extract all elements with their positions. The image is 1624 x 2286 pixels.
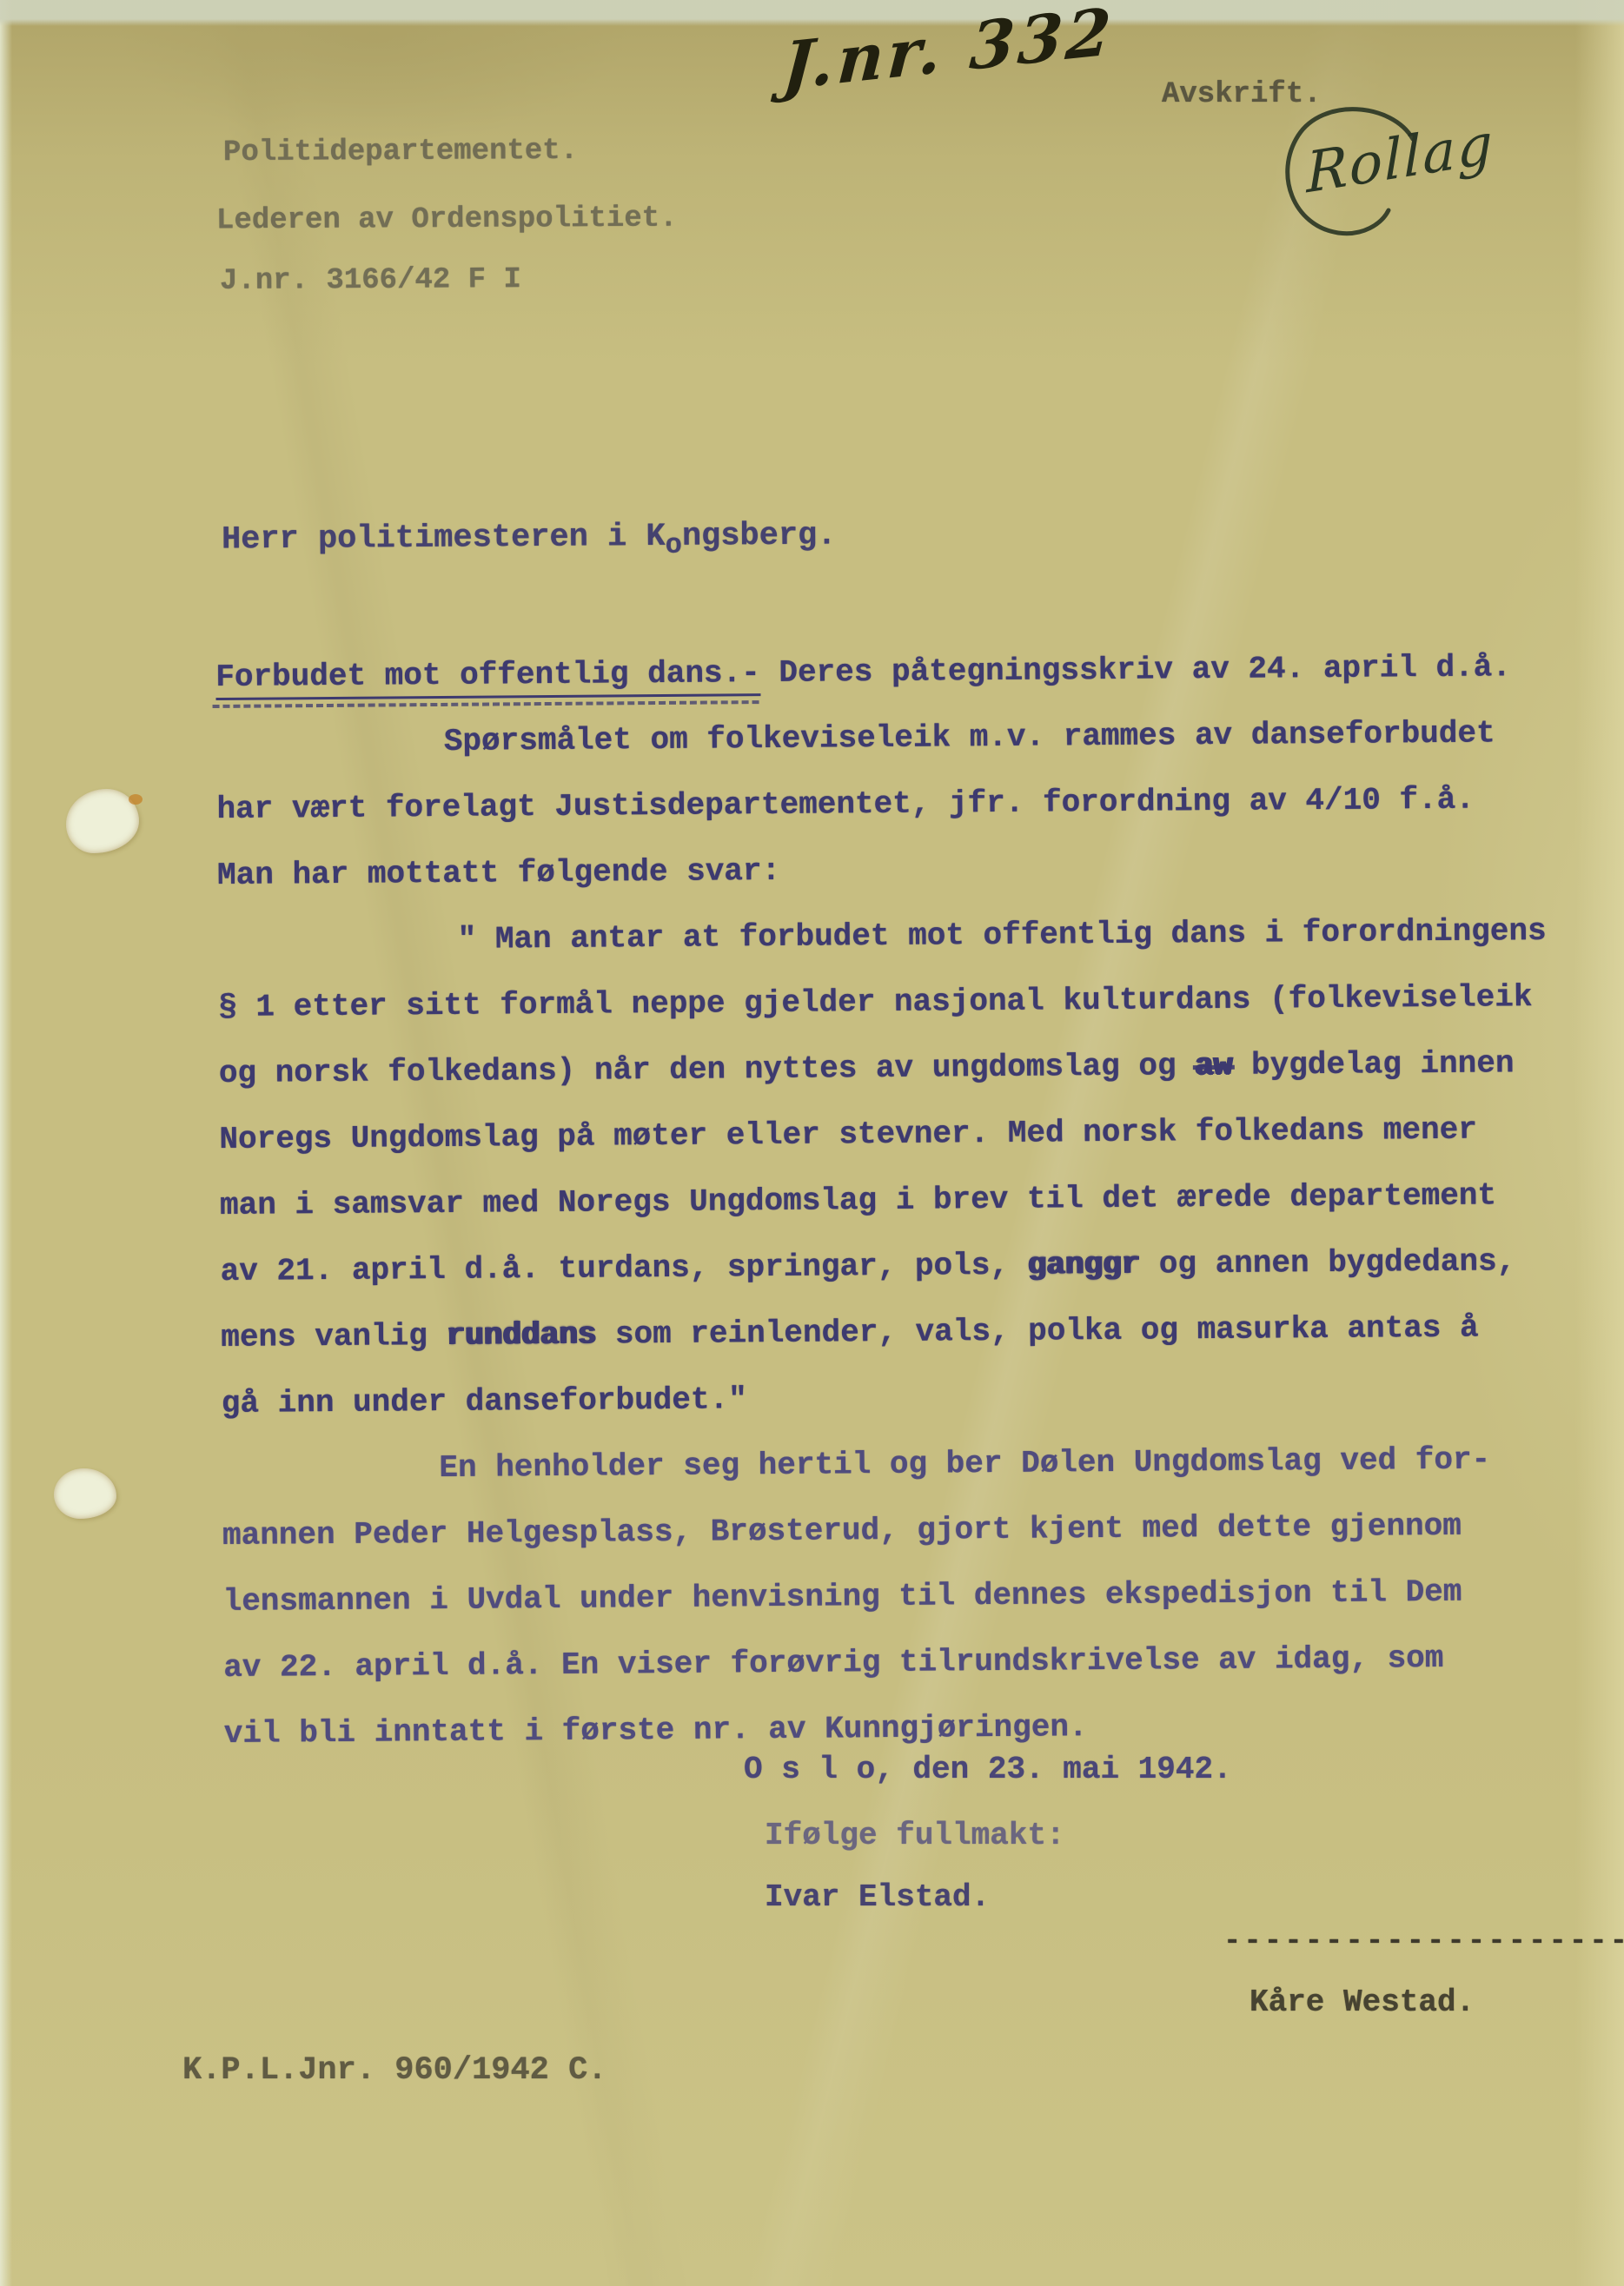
- letter-body: Forbudet mot offentlig dans.- Deres påte…: [215, 634, 1601, 1767]
- subject-underlined: Forbudet mot offentlig dans.-: [215, 655, 760, 700]
- body-line: lensmannen i Uvdal under henvisning til …: [222, 1559, 1601, 1635]
- body-line: Spørsmålet om folkeviseleik m.v. rammes …: [216, 700, 1594, 777]
- body-segment: som reinlender, vals, polka og masurka a…: [596, 1310, 1479, 1353]
- body-line: Man har mottatt følgende svar:: [217, 832, 1595, 909]
- signature-divider: --------------------: [1223, 1925, 1624, 1958]
- struck-out-text: aw: [1195, 1048, 1233, 1083]
- place-and-date: O s l o, den 23. mai 1942.: [744, 1752, 1232, 1787]
- body-line: av 22. april d.å. En viser forøvrig tilr…: [223, 1625, 1601, 1701]
- body-line: av 21. april d.å. turdans, springar, pol…: [220, 1229, 1598, 1305]
- recipient-subscript-letter: o: [666, 529, 682, 561]
- handwritten-journal-number: J.nr. 332: [780, 0, 1117, 105]
- punch-hole: [66, 789, 139, 853]
- local-journal-reference: K.P.L.Jnr. 960/1942 C.: [182, 2052, 607, 2089]
- body-line: mannen Peder Helgesplass, Brøsterud, gjo…: [222, 1493, 1601, 1569]
- scanned-letter-page: J.nr. 332 Avskrift. Rollag Politideparte…: [0, 0, 1624, 2286]
- overtyped-text: runddans: [446, 1317, 596, 1354]
- body-line: En henholder seg hertil og ber Dølen Ung…: [222, 1427, 1600, 1503]
- recipient-line: Herr politimesteren i Kongsberg.: [222, 518, 837, 559]
- body-segment: bygdelag innen: [1232, 1045, 1514, 1083]
- body-line: gå inn under danseforbudet.": [222, 1361, 1600, 1437]
- body-line: har vært forelagt Justisdepartementet, j…: [216, 766, 1594, 843]
- punch-hole: [54, 1468, 116, 1519]
- subject-rest: Deres påtegningsskriv av 24. april d.å.: [760, 649, 1511, 691]
- sender-office: Lederen av Ordenspolitiet.: [216, 202, 678, 238]
- certifier-name: Kåre Westad.: [1249, 1985, 1475, 2020]
- body-segment: og annen bygdedans,: [1140, 1243, 1515, 1282]
- body-line: Noregs Ungdomslag på møter eller stevner…: [219, 1097, 1597, 1173]
- subject-line: Forbudet mot offentlig dans.- Deres påte…: [215, 634, 1594, 711]
- body-line: § 1 etter sitt formål neppe gjelder nasj…: [218, 964, 1596, 1041]
- body-segment: av 21. april d.å. turdans, springar, pol…: [221, 1248, 1028, 1289]
- body-line: mens vanlig runddans som reinlender, val…: [221, 1295, 1599, 1371]
- body-line: " Man antar at forbudet mot offentlig da…: [217, 898, 1595, 975]
- sender-department: Politidepartementet.: [223, 135, 578, 169]
- body-segment: og norsk folkedans) når den nyttes av un…: [219, 1048, 1196, 1091]
- overtyped-text: ganggr: [1027, 1247, 1140, 1283]
- body-segment: mens vanlig: [221, 1318, 447, 1355]
- recipient-suffix: ngsberg.: [682, 518, 837, 555]
- sender-journal-number: J.nr. 3166/42 F I: [220, 263, 521, 298]
- body-line: man i samsvar med Noregs Ungdomslag i br…: [220, 1163, 1598, 1239]
- recipient-prefix: Herr politimesteren i K: [222, 519, 666, 559]
- body-line: og norsk folkedans) når den nyttes av un…: [219, 1030, 1597, 1107]
- signer-name: Ivar Elstad.: [765, 1879, 990, 1915]
- authority-line: Ifølge fullmakt:: [765, 1818, 1065, 1853]
